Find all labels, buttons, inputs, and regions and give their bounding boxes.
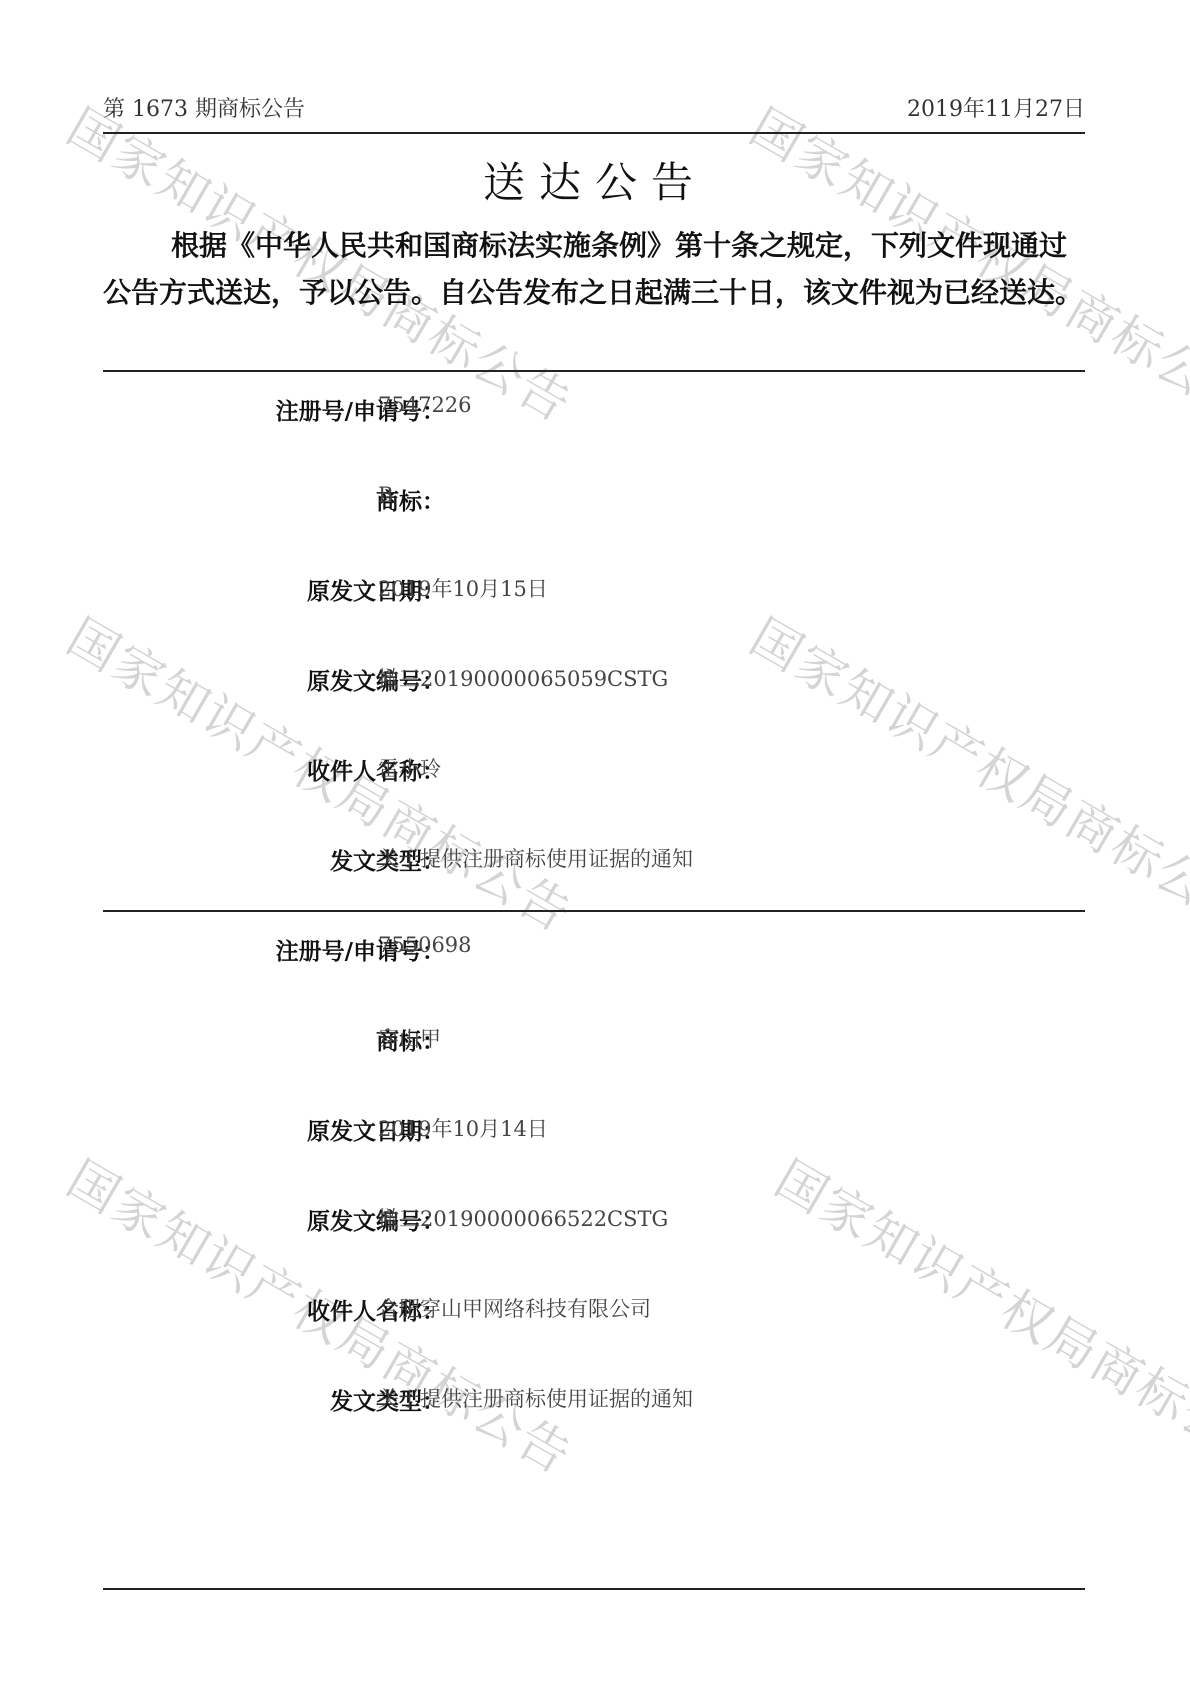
issue-number: 第 1673 期商标公告	[103, 92, 305, 123]
value-doc-type: 关于提供注册商标使用证据的通知	[378, 843, 693, 873]
document-page: 国家知识产权局商标公告 国家知识产权局商标公告 国家知识产权局商标公告 国家知识…	[0, 0, 1190, 1684]
field-recipient: 收件人名称： 合肥穿山甲网络科技有限公司	[103, 1293, 1085, 1329]
page-title: 送达公告	[0, 150, 1190, 210]
field-trademark: 商标： B	[103, 483, 1085, 519]
field-orig-no: 原发文编号： 撤三20190000065059CSTG	[103, 663, 1085, 699]
field-trademark: 商标： 穿山甲	[103, 1023, 1085, 1059]
value-trademark: 穿山甲	[378, 1023, 441, 1053]
value-reg-no: 7550698	[378, 933, 472, 957]
intro-paragraph: 根据《中华人民共和国商标法实施条例》第十条之规定，下列文件现通过公告方式送达，予…	[103, 222, 1085, 316]
value-orig-no: 撤三20190000066522CSTG	[378, 1203, 668, 1233]
field-reg-no: 注册号/申请号： 7550698	[103, 933, 1085, 969]
header-divider	[103, 132, 1085, 134]
value-recipient: 合肥穿山甲网络科技有限公司	[378, 1293, 651, 1323]
value-orig-date: 2019年10月14日	[378, 1113, 548, 1143]
field-orig-date: 原发文日期： 2019年10月14日	[103, 1113, 1085, 1149]
value-doc-type: 关于提供注册商标使用证据的通知	[378, 1383, 693, 1413]
value-orig-date: 2019年10月15日	[378, 573, 548, 603]
record-divider	[103, 910, 1085, 912]
section-divider	[103, 370, 1085, 372]
field-recipient: 收件人名称： 雷小玲	[103, 753, 1085, 789]
value-recipient: 雷小玲	[378, 753, 441, 783]
field-doc-type: 发文类型： 关于提供注册商标使用证据的通知	[103, 843, 1085, 879]
value-trademark: B	[378, 483, 393, 507]
field-doc-type: 发文类型： 关于提供注册商标使用证据的通知	[103, 1383, 1085, 1419]
value-reg-no: 7547226	[378, 393, 472, 417]
field-orig-no: 原发文编号： 撤三20190000066522CSTG	[103, 1203, 1085, 1239]
field-orig-date: 原发文日期： 2019年10月15日	[103, 573, 1085, 609]
field-reg-no: 注册号/申请号： 7547226	[103, 393, 1085, 429]
value-orig-no: 撤三20190000065059CSTG	[378, 663, 668, 693]
issue-date: 2019年11月27日	[907, 92, 1085, 123]
page-header: 第 1673 期商标公告 2019年11月27日	[103, 92, 1085, 128]
footer-divider	[103, 1588, 1085, 1590]
